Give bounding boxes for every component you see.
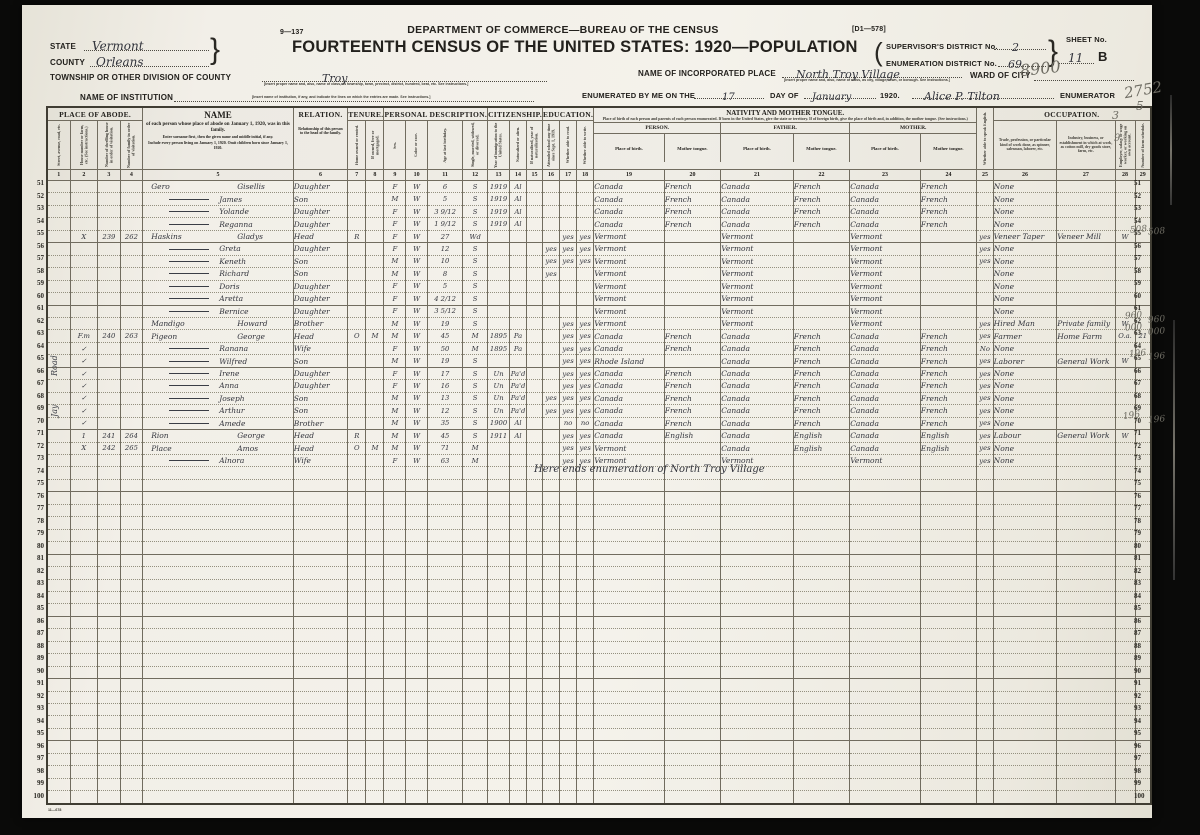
section-name: NAMEof each person whose place of abode … (143, 107, 294, 170)
col-na (510, 654, 527, 666)
col-sx: F (384, 305, 406, 317)
col-mt (664, 579, 720, 591)
col-oc (993, 728, 1057, 740)
col-pb (594, 629, 665, 641)
col-en (977, 268, 993, 280)
col-na (510, 293, 527, 305)
col-pb (594, 554, 665, 566)
col-na (510, 230, 527, 242)
section-education: EDUCATION. (543, 107, 594, 121)
col-pb: Vermont (594, 293, 665, 305)
col-ms: S (463, 193, 488, 205)
col-mmt: French (920, 193, 976, 205)
col-em (1115, 442, 1135, 454)
col-hn (70, 479, 98, 491)
col-rl (293, 766, 347, 778)
col-fm (120, 454, 143, 466)
col-r17 (560, 591, 577, 603)
row-number-right: 66 (1134, 367, 1141, 375)
col-sx (384, 479, 406, 491)
table-row (47, 791, 1151, 804)
col-hn (70, 629, 98, 641)
col-mb (850, 517, 921, 529)
col-cl (406, 704, 428, 716)
pencil-annotation: 196 (1129, 348, 1147, 359)
col-ny (527, 367, 543, 379)
col-rl (293, 517, 347, 529)
col-pb (594, 479, 665, 491)
table-row: F.m240263PigeonGeorgeHeadOMMW45M1895Paye… (47, 330, 1151, 342)
col-fb: Vermont (721, 293, 794, 305)
col-fb: Canada (721, 342, 794, 354)
col-r17 (560, 305, 577, 317)
col-mb (850, 716, 921, 728)
col-fm (120, 504, 143, 516)
col-oc: Laborer (993, 355, 1057, 367)
col-ny (527, 604, 543, 616)
col-cl (406, 766, 428, 778)
col-mt: French (664, 380, 720, 392)
col-ms (463, 666, 488, 678)
col-r17: yes (560, 230, 577, 242)
col-im (488, 293, 510, 305)
row-number-left: 73 (30, 454, 44, 462)
col-name (143, 704, 294, 716)
row-number-right: 85 (1134, 604, 1141, 612)
col-mt (664, 654, 720, 666)
table-row: DorisDaughterFW5SVermontVermontVermontNo… (47, 280, 1151, 292)
row-number-right: 99 (1134, 779, 1141, 787)
col-mb: Vermont (850, 255, 921, 267)
col-in: Veneer Mill (1057, 230, 1115, 242)
row-number-left: 80 (30, 542, 44, 550)
col-o7 (348, 716, 366, 728)
col-rl: Daughter (293, 181, 347, 193)
col-o7 (348, 355, 366, 367)
col-fb (721, 591, 794, 603)
ditto-dash (169, 298, 209, 299)
col-mb (850, 666, 921, 678)
col-em (1115, 380, 1135, 392)
col-w18: yes (577, 367, 594, 379)
col-oc: None (993, 255, 1057, 267)
col-em (1115, 181, 1135, 193)
col-s16 (543, 641, 560, 653)
row-number-right: 67 (1134, 379, 1141, 387)
col-o8 (366, 579, 384, 591)
col-hn (70, 728, 98, 740)
row-number-right: 60 (1134, 292, 1141, 300)
col-em (1115, 704, 1135, 716)
col-o7 (348, 753, 366, 765)
col-in (1057, 691, 1115, 703)
row-number-right: 97 (1134, 754, 1141, 762)
col-name (143, 679, 294, 691)
row-number-right: 80 (1134, 542, 1141, 550)
column-number: 2 (70, 170, 98, 181)
col-marital-header: Single, married, widowed, or divorced. (463, 121, 488, 170)
col-dw (98, 218, 121, 230)
col-mb: Canada (850, 392, 921, 404)
col-sx: F (384, 280, 406, 292)
col-ag: 35 (427, 417, 462, 429)
row-number-right: 93 (1134, 704, 1141, 712)
col-mt (664, 442, 720, 454)
section-relation: RELATION.Relationship of this person to … (293, 107, 347, 170)
table-row (47, 529, 1151, 541)
col-o7 (348, 268, 366, 280)
given-name: Ranana (209, 344, 248, 353)
col-mmt (920, 728, 976, 740)
col-im (488, 479, 510, 491)
col-im (488, 579, 510, 591)
row-number-left: 76 (30, 492, 44, 500)
given-name: Wilfred (209, 357, 247, 366)
col-r17 (560, 791, 577, 804)
row-number-left: 86 (30, 617, 44, 625)
col-name (143, 766, 294, 778)
col-sx: F (384, 218, 406, 230)
col-w18 (577, 591, 594, 603)
col-hn: F.m (70, 330, 98, 342)
col-w18 (577, 218, 594, 230)
row-number-left: 55 (30, 229, 44, 237)
col-pb (594, 654, 665, 666)
col-cl: W (406, 454, 428, 466)
col-fb: Vermont (721, 255, 794, 267)
col-s16: yes (543, 243, 560, 255)
col-hn (70, 716, 98, 728)
col-w18 (577, 604, 594, 616)
col-w18: yes (577, 442, 594, 454)
col-rl (293, 791, 347, 804)
col-w18 (577, 791, 594, 804)
col-cl: W (406, 330, 428, 342)
col-s16: yes (543, 405, 560, 417)
col-cl (406, 691, 428, 703)
col-o8 (366, 280, 384, 292)
col-st (47, 542, 70, 554)
col-en: yes (977, 417, 993, 429)
col-mmt (920, 467, 976, 479)
state-line: Vermont (84, 37, 209, 51)
col-w18 (577, 716, 594, 728)
col-s16 (543, 504, 560, 516)
col-en (977, 716, 993, 728)
col-fmt (793, 704, 849, 716)
col-na: Al (510, 205, 527, 217)
col-pb: Vermont (594, 255, 665, 267)
col-mmt (920, 741, 976, 753)
col-oc: None (993, 243, 1057, 255)
col-immigration-header: Year of immigration to the United States… (488, 121, 510, 170)
col-mmt (920, 479, 976, 491)
col-fm (120, 293, 143, 305)
col-dw (98, 629, 121, 641)
col-na: Pa'd (510, 380, 527, 392)
col-fm (120, 567, 143, 579)
table-row (47, 766, 1151, 778)
col-sx (384, 641, 406, 653)
col-name: Richard (143, 268, 294, 280)
col-fm (120, 417, 143, 429)
col-fm (120, 741, 143, 753)
col-im: Un (488, 367, 510, 379)
col-r17: yes (560, 367, 577, 379)
col-mmt (920, 554, 976, 566)
col-fm (120, 704, 143, 716)
col-oc (993, 666, 1057, 678)
col-fm (120, 766, 143, 778)
table-row: ✓WilfredSonMW19SyesyesRhode IslandCanada… (47, 355, 1151, 367)
col-ms (463, 778, 488, 790)
col-ms: S (463, 268, 488, 280)
col-o8: M (366, 442, 384, 454)
col-im: 1895 (488, 342, 510, 354)
col-ms (463, 716, 488, 728)
col-st (47, 791, 70, 804)
col-mt: French (664, 218, 720, 230)
col-mmt (920, 567, 976, 579)
col-ms: S (463, 417, 488, 429)
col-pb (594, 753, 665, 765)
col-o8 (366, 791, 384, 804)
col-o7 (348, 405, 366, 417)
col-s16 (543, 205, 560, 217)
col-im (488, 629, 510, 641)
row-number-right: 94 (1134, 717, 1141, 725)
col-o8 (366, 741, 384, 753)
col-w18 (577, 193, 594, 205)
row-number-right: 74 (1134, 467, 1141, 475)
col-fmt (793, 753, 849, 765)
col-mt (664, 567, 720, 579)
col-en (977, 554, 993, 566)
col-en (977, 181, 993, 193)
col-st (47, 317, 70, 329)
col-name: Yolande (143, 205, 294, 217)
col-name: Aretta (143, 293, 294, 305)
col-rl (293, 629, 347, 641)
col-pb (594, 591, 665, 603)
col-w18 (577, 268, 594, 280)
col-w18 (577, 616, 594, 628)
col-hn: ✓ (70, 342, 98, 354)
col-pb (594, 542, 665, 554)
col-oc (993, 629, 1057, 641)
col-o8 (366, 728, 384, 740)
col-o7 (348, 205, 366, 217)
col-w18: yes (577, 392, 594, 404)
col-fm (120, 317, 143, 329)
row-number-left: 91 (30, 679, 44, 687)
col-fm (120, 728, 143, 740)
col-sx (384, 567, 406, 579)
col-im (488, 766, 510, 778)
col-en (977, 666, 993, 678)
col-fb (721, 629, 794, 641)
col-o7 (348, 255, 366, 267)
col-fm (120, 392, 143, 404)
col-fm (120, 181, 143, 193)
col-o7 (348, 305, 366, 317)
col-en (977, 766, 993, 778)
col-oc (993, 641, 1057, 653)
col-r17 (560, 741, 577, 753)
col-em (1115, 741, 1135, 753)
col-en: yes (977, 430, 993, 442)
col-rl (293, 567, 347, 579)
col-en (977, 492, 993, 504)
col-rl (293, 604, 347, 616)
col-mt (664, 616, 720, 628)
col-dw (98, 542, 121, 554)
table-row (47, 728, 1151, 740)
row-number-right: 88 (1134, 642, 1141, 650)
col-ag: 5 (427, 193, 462, 205)
col-mb: Canada (850, 330, 921, 342)
col-ms: S (463, 405, 488, 417)
col-fm (120, 342, 143, 354)
col-o7 (348, 504, 366, 516)
col-em (1115, 392, 1135, 404)
col-mmt: French (920, 355, 976, 367)
col-fmt: French (793, 330, 849, 342)
col-pb (594, 641, 665, 653)
col-name (143, 778, 294, 790)
col-w18 (577, 753, 594, 765)
col-pb: Canada (594, 205, 665, 217)
col-mb (850, 554, 921, 566)
col-fb (721, 492, 794, 504)
col-cl (406, 517, 428, 529)
col-o8: M (366, 330, 384, 342)
district-open-brace: ( (874, 37, 883, 68)
col-mt (664, 479, 720, 491)
col-in (1057, 517, 1115, 529)
col-fmt (793, 766, 849, 778)
col-en: yes (977, 330, 993, 342)
col-mt (664, 591, 720, 603)
row-number-left: 60 (30, 292, 44, 300)
column-number: 21 (721, 170, 794, 181)
col-fm: 265 (120, 442, 143, 454)
col-naturalized-header: Naturalized or alien. (510, 121, 527, 170)
col-w18 (577, 529, 594, 541)
row-number-left: 90 (30, 667, 44, 675)
col-im (488, 616, 510, 628)
col-oc (993, 691, 1057, 703)
form-title: FOURTEENTH CENSUS OF THE UNITED STATES: … (292, 38, 852, 57)
col-r17 (560, 629, 577, 641)
col-en (977, 567, 993, 579)
footer-print-code: 11—678 (48, 808, 61, 812)
row-number-right: 75 (1134, 479, 1141, 487)
table-row (47, 504, 1151, 516)
col-name (143, 591, 294, 603)
col-im (488, 280, 510, 292)
col-en (977, 741, 993, 753)
col-st (47, 255, 70, 267)
col-fmt: French (793, 380, 849, 392)
col-en (977, 517, 993, 529)
col-fb: Canada (721, 218, 794, 230)
col-ag (427, 691, 462, 703)
col-rl: Son (293, 392, 347, 404)
col-cl (406, 554, 428, 566)
col-ms: Wd (463, 230, 488, 242)
col-cl (406, 591, 428, 603)
col-o8 (366, 641, 384, 653)
col-o8 (366, 367, 384, 379)
col-mb (850, 504, 921, 516)
col-ms (463, 529, 488, 541)
col-cl: W (406, 317, 428, 329)
col-na: Pa (510, 342, 527, 354)
col-mb (850, 641, 921, 653)
row-number-right: 92 (1134, 692, 1141, 700)
col-cl: W (406, 417, 428, 429)
col-st (47, 230, 70, 242)
street-name-vertical: Jay (50, 393, 59, 429)
col-ny (527, 542, 543, 554)
col-dw (98, 293, 121, 305)
col-o7 (348, 280, 366, 292)
col-ny (527, 181, 543, 193)
col-en (977, 728, 993, 740)
col-o8 (366, 654, 384, 666)
col-r17 (560, 753, 577, 765)
col-sx: M (384, 392, 406, 404)
enumerated-label: ENUMERATED BY ME ON THE (582, 91, 695, 100)
col-na (510, 629, 527, 641)
col-r17 (560, 616, 577, 628)
col-s16 (543, 517, 560, 529)
col-fmt (793, 579, 849, 591)
col-in (1057, 629, 1115, 641)
col-o8 (366, 479, 384, 491)
col-in (1057, 380, 1115, 392)
col-en (977, 479, 993, 491)
col-r17 (560, 280, 577, 292)
col-st (47, 218, 70, 230)
surname: Rion (143, 431, 227, 440)
col-mb: Vermont (850, 280, 921, 292)
col-o8 (366, 666, 384, 678)
col-sx: F (384, 380, 406, 392)
col-ny (527, 741, 543, 753)
col-in (1057, 641, 1115, 653)
col-em (1115, 579, 1135, 591)
col-dw (98, 704, 121, 716)
col-in (1057, 342, 1115, 354)
col-pb (594, 728, 665, 740)
col-mmt (920, 766, 976, 778)
table-row (47, 629, 1151, 641)
col-ms: S (463, 355, 488, 367)
col-cl: W (406, 255, 428, 267)
col-mmt (920, 666, 976, 678)
col-cl: W (406, 193, 428, 205)
col-fm (120, 205, 143, 217)
col-oc: Labour (993, 430, 1057, 442)
col-dw (98, 753, 121, 765)
col-ag (427, 666, 462, 678)
col-home-owned-header: Home owned or rented. (348, 121, 366, 170)
col-pb (594, 604, 665, 616)
table-row (47, 554, 1151, 566)
given-name: George (227, 431, 265, 440)
